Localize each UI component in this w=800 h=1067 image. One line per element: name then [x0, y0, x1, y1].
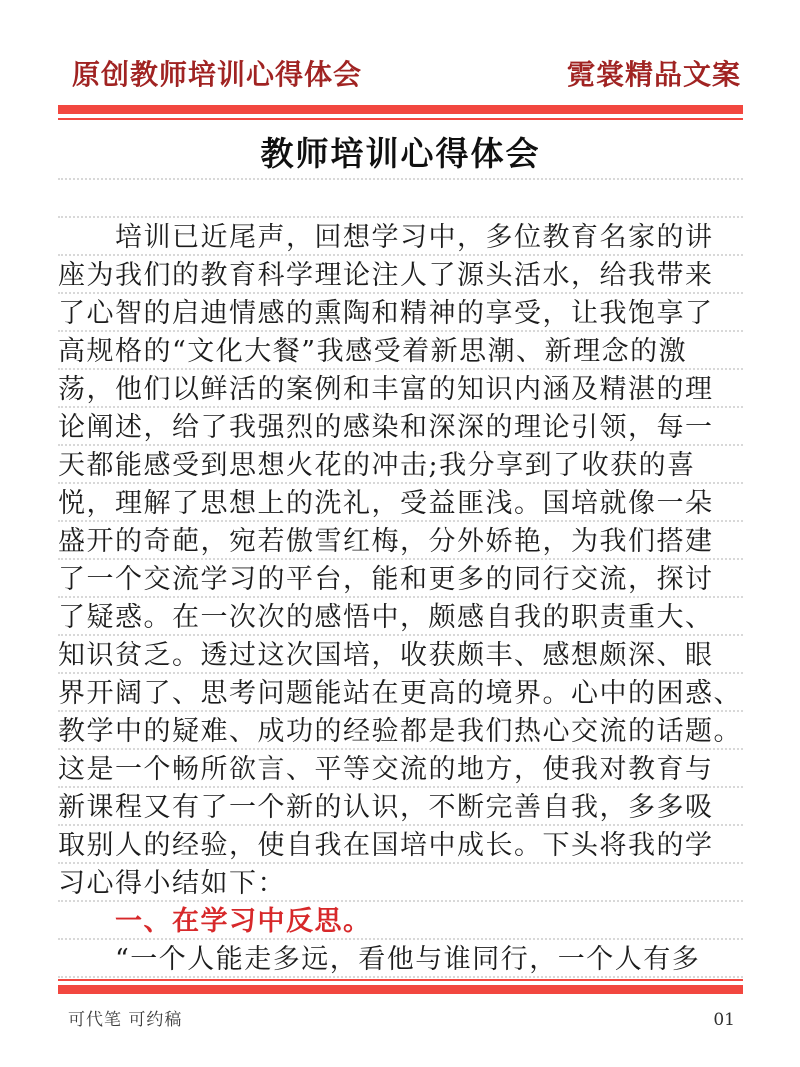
- body-line: 盛开的奇葩，宛若傲雪红梅，分外娇艳，为我们搭建: [58, 522, 743, 560]
- page-footer: 可代笔 可约稿 01: [58, 1005, 743, 1030]
- body-line: 这是一个畅所欲言、平等交流的地方，使我对教育与: [58, 750, 743, 788]
- blank-ruled-line: [58, 180, 743, 218]
- document-page: 原创教师培训心得体会 霓裳精品文案 教师培训心得体会 培训已近尾声，回想学习中，…: [0, 0, 800, 1067]
- header-left-title: 原创教师培训心得体会: [72, 58, 362, 92]
- body-text: 培训已近尾声，回想学习中，多位教育名家的讲 座为我们的教育科学理论注人了源头活水…: [58, 218, 743, 978]
- body-line: 了一个交流学习的平台，能和更多的同行交流，探讨: [58, 560, 743, 598]
- body-line: 荡，他们以鲜活的案例和丰富的知识内涵及精湛的理: [58, 370, 743, 408]
- body-line: 论阐述，给了我强烈的感染和深深的理论引领，每一: [58, 408, 743, 446]
- top-double-rule: [58, 105, 743, 120]
- top-rule-thick: [58, 105, 743, 114]
- body-line: 知识贫乏。透过这次国培，收获颇丰、感想颇深、眼: [58, 636, 743, 674]
- body-line: 了疑惑。在一次次的感悟中，颇感自我的职责重大、: [58, 598, 743, 636]
- body-line: 新课程又有了一个新的认识，不断完善自我，多多吸: [58, 788, 743, 826]
- body-line: 了心智的启迪情感的熏陶和精神的享受，让我饱享了: [58, 294, 743, 332]
- page-header: 原创教师培训心得体会 霓裳精品文案: [58, 0, 743, 92]
- body-line: 一、在学习中反思。: [58, 902, 743, 940]
- body-line: “一个人能走多远，看他与谁同行，一个人有多: [58, 940, 743, 978]
- body-line: 取别人的经验，使自我在国培中成长。下头将我的学: [58, 826, 743, 864]
- body-line: 天都能感受到思想火花的冲击;我分享到了收获的喜: [58, 446, 743, 484]
- body-line: 界开阔了、思考问题能站在更高的境界。心中的困惑、: [58, 674, 743, 712]
- bottom-rule-thin: [58, 979, 743, 981]
- bottom-double-rule: [58, 979, 743, 994]
- body-line: 座为我们的教育科学理论注人了源头活水，给我带来: [58, 256, 743, 294]
- body-line: 习心得小结如下：: [58, 864, 743, 902]
- body-line: 培训已近尾声，回想学习中，多位教育名家的讲: [58, 218, 743, 256]
- footer-note: 可代笔 可约稿: [68, 1005, 182, 1030]
- body-line: 高规格的“文化大餐”我感受着新思潮、新理念的激: [58, 332, 743, 370]
- body-line: 教学中的疑难、成功的经验都是我们热心交流的话题。: [58, 712, 743, 750]
- bottom-rule-thick: [58, 985, 743, 994]
- page-number: 01: [713, 1010, 735, 1030]
- body-line: 悦，理解了思想上的洗礼，受益匪浅。国培就像一朵: [58, 484, 743, 522]
- header-right-brand: 霓裳精品文案: [567, 58, 741, 92]
- doc-title: 教师培训心得体会: [58, 120, 743, 180]
